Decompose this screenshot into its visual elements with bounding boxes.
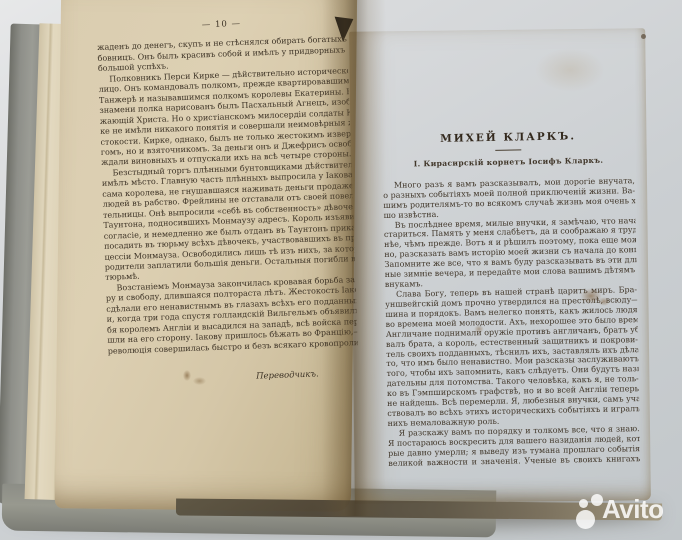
paragraph: Я разскажу вамъ по порядку и толкомъ все…	[388, 424, 641, 469]
page-stain	[183, 370, 191, 381]
paragraph: Въ послѣднее время, милые внучки, я замѣ…	[384, 216, 637, 290]
avito-logo-dot-icon	[576, 510, 595, 529]
paragraph: Слава Богу, теперь въ нашей странѣ царит…	[385, 285, 640, 429]
avito-logo-dot-icon	[579, 499, 588, 508]
avito-watermark: Avito	[566, 488, 680, 536]
left-page-paragraphs: жаденъ до денегъ, скупъ и не стѣснялся о…	[97, 35, 358, 357]
paragraph: Много разъ я вамъ разсказывалъ, мои доро…	[383, 176, 636, 221]
paragraph: Полковникъ Перси Кирке — дѣйствительно и…	[98, 66, 351, 169]
right-page-paragraphs: Много разъ я вамъ разсказывалъ, мои доро…	[383, 176, 640, 469]
section-heading: I. Кирасирскій корнетъ Іосифъ Кларкъ.	[382, 155, 634, 170]
left-page-text: — 10 — жаденъ до денегъ, скупъ и не стѣс…	[96, 5, 359, 387]
page-stain	[598, 297, 610, 306]
page-speck	[641, 34, 646, 39]
paragraph: Безстыдный торгъ плѣнными бунтовщиками д…	[101, 160, 355, 284]
page-stain	[535, 48, 605, 92]
page-number: — 10 —	[96, 15, 346, 34]
title-rule	[495, 149, 521, 150]
page-stain	[474, 325, 484, 333]
gutter-shadow	[322, 0, 386, 516]
book-photo: — 10 — жаденъ до денегъ, скупъ и не стѣс…	[0, 0, 682, 540]
paragraph: Возстаніемъ Монмауза закончилась кровава…	[105, 275, 357, 357]
page-stain	[193, 377, 206, 385]
avito-wordmark: Avito	[602, 494, 664, 525]
